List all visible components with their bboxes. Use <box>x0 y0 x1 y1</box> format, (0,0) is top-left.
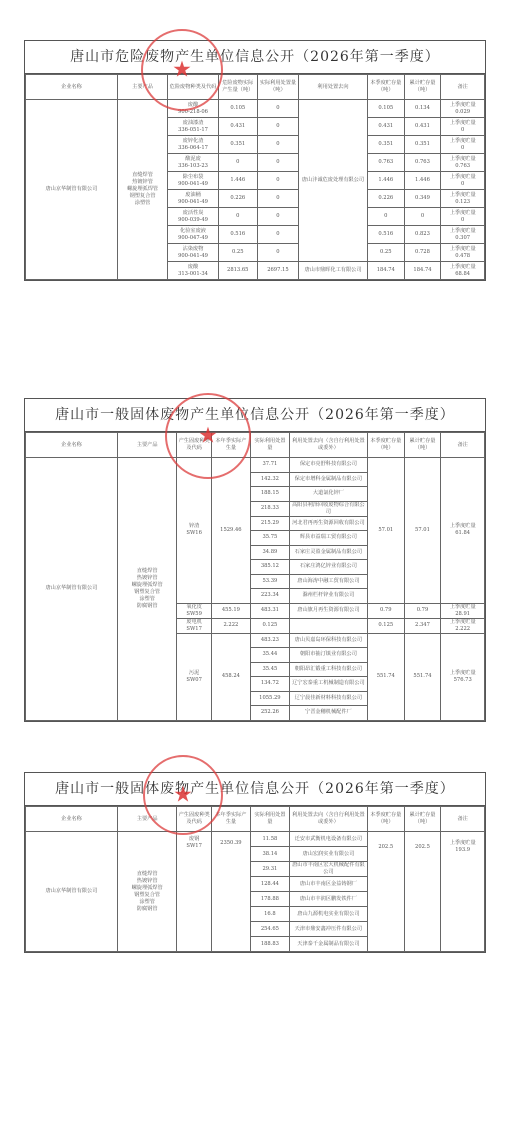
produced-amount: 0 <box>218 208 257 226</box>
column-header: 本年季实际产生量 <box>211 433 250 458</box>
company-name: 唐山京华制管有限公司 <box>26 458 118 721</box>
disposed-amount: 38.14 <box>250 847 289 862</box>
column-header: 主要产品 <box>117 75 167 100</box>
remark: 上季度贮量576.73 <box>441 633 485 720</box>
disposal-destination: 唐山市丰南区金益铸钢厂 <box>289 877 367 892</box>
waste-type: 废活性炭900-039-49 <box>168 208 218 226</box>
disposed-amount: 0 <box>257 190 298 208</box>
disposal-destination: 宁晋金穗机械配件厂 <box>289 706 367 721</box>
table-row: 唐山京华制管有限公司直缝焊管热镀锌管螺旋埋弧焊管钢塑复合管涂塑管废酸900-21… <box>26 100 485 118</box>
waste-type: 废钢SW17 <box>177 832 211 952</box>
cumulative-stored: 1.446 <box>404 172 441 190</box>
disposal-destination: 滁州栏杆锌业有限公司 <box>289 589 367 604</box>
disposal-destination: 辽宁宏泰重工机械制造有限公司 <box>289 677 367 692</box>
disposed-amount: 0 <box>257 154 298 172</box>
column-header: 本年季实际产生量 <box>211 807 250 832</box>
quarter-stored: 0.105 <box>367 100 404 118</box>
table-row: 唐山京华制管有限公司直缝焊管热镀锌管螺旋埋弧焊管钢塑复合管涂塑管防腐钢管废钢SW… <box>26 832 485 847</box>
cumulative-stored: 0.79 <box>404 603 441 618</box>
disposed-amount: 128.44 <box>250 877 289 892</box>
disposal-destination: 迁安市武衡机电设备有限公司 <box>289 832 367 847</box>
disposed-amount: 252.26 <box>250 706 289 721</box>
quarter-stored: 1.446 <box>367 172 404 190</box>
produced-amount: 0 <box>218 154 257 172</box>
remark: 上季度贮量0 <box>441 172 485 190</box>
column-header: 危险废物实际产生量（吨） <box>218 75 257 100</box>
cumulative-stored: 0 <box>404 208 441 226</box>
disposed-amount: 0 <box>257 226 298 244</box>
column-header: 本季度贮存量（吨） <box>367 433 404 458</box>
cumulative-stored: 0.728 <box>404 244 441 262</box>
sheet-title: 唐山市一般固体废物产生单位信息公开（2026年第一季度） <box>25 773 485 806</box>
waste-type: 废电机SW17 <box>177 618 211 633</box>
disposed-amount: 37.71 <box>250 458 289 473</box>
column-header: 备注 <box>441 807 485 832</box>
remark: 上季度贮量0 <box>441 118 485 136</box>
produced-amount: 2813.65 <box>218 262 257 280</box>
disposed-amount: 0 <box>257 244 298 262</box>
column-header: 累计贮存量（吨） <box>404 807 441 832</box>
cumulative-stored: 0.431 <box>404 118 441 136</box>
table-header-row: 企业名称主要产品产生固废种类及代码本年季实际产生量实际利用处置量利用处置去向（含… <box>26 433 485 458</box>
column-header: 企业名称 <box>26 807 118 832</box>
produced-amount: 458.24 <box>211 633 250 720</box>
solid-waste-sheet-1: 唐山市一般固体废物产生单位信息公开（2026年第一季度） 企业名称主要产品产生固… <box>24 398 486 722</box>
quarter-stored: 202.5 <box>367 832 404 952</box>
produced-amount: 2350.39 <box>211 832 250 952</box>
main-products: 直缝焊管热镀锌管螺旋埋弧焊管钢塑复合管涂塑管 <box>117 100 167 280</box>
waste-type: 化验室废液900-047-49 <box>168 226 218 244</box>
disposal-destination: 朝阳昂汇锻重工科技有限公司 <box>289 662 367 677</box>
company-name: 唐山京华制管有限公司 <box>26 100 118 280</box>
quarter-stored: 0.351 <box>367 136 404 154</box>
disposed-amount: 223.34 <box>250 589 289 604</box>
quarter-stored: 57.01 <box>367 458 404 604</box>
quarter-stored: 0.226 <box>367 190 404 208</box>
waste-type: 锌渣SW16 <box>177 458 211 604</box>
produced-amount: 0.105 <box>218 100 257 118</box>
company-name: 唐山京华制管有限公司 <box>26 832 118 952</box>
disposed-amount: 0 <box>257 118 298 136</box>
column-header: 利用处置去向（含自行利用处置或委外） <box>289 433 367 458</box>
remark: 上季度贮量0 <box>441 208 485 226</box>
solid-waste-table-2: 企业名称主要产品产生固废种类及代码本年季实际产生量实际利用处置量利用处置去向（含… <box>25 806 485 952</box>
disposal-destination: 天津市鼎安鑫冲压件有限公司 <box>289 922 367 937</box>
produced-amount: 0.25 <box>218 244 257 262</box>
quarter-stored: 0.431 <box>367 118 404 136</box>
waste-type: 废油漆渣336-051-17 <box>168 118 218 136</box>
disposal-destination: 辉县市益瑞工贸有限公司 <box>289 531 367 546</box>
disposal-destination: 唐山九源机电实业有限公司 <box>289 907 367 922</box>
remark: 上季度贮量2.222 <box>441 618 485 633</box>
remark: 上季度贮量0.307 <box>441 226 485 244</box>
waste-type: 废锌化渣336-064-17 <box>168 136 218 154</box>
disposed-amount: 134.72 <box>250 677 289 692</box>
disposal-destination: 石家庄鸿亿锌业有限公司 <box>289 560 367 575</box>
disposed-amount: 29.31 <box>250 862 289 877</box>
sheet-title: 唐山市一般固体废物产生单位信息公开（2026年第一季度） <box>25 399 485 432</box>
cumulative-stored: 0.351 <box>404 136 441 154</box>
produced-amount: 455.19 <box>211 603 250 618</box>
disposed-amount: 2697.15 <box>257 262 298 280</box>
column-header: 利用处置去向（含自行利用处置或委外） <box>289 807 367 832</box>
disposed-amount: 0 <box>257 100 298 118</box>
quarter-stored: 184.74 <box>367 262 404 280</box>
column-header: 备注 <box>441 75 485 100</box>
column-header: 主要产品 <box>117 433 177 458</box>
remark: 上季度贮量0.123 <box>441 190 485 208</box>
disposed-amount: 188.83 <box>250 937 289 952</box>
disposed-amount: 11.58 <box>250 832 289 847</box>
waste-type: 沾染废物900-041-49 <box>168 244 218 262</box>
disposed-amount: 254.65 <box>250 922 289 937</box>
cumulative-stored: 0.349 <box>404 190 441 208</box>
disposal-destination: 石家庄灵盈金属制品有限公司 <box>289 545 367 560</box>
table-header-row: 企业名称主要产品危险废物种类及代码危险废物实际产生量（吨）实际利用处置量（吨）利… <box>26 75 485 100</box>
quarter-stored: 0.516 <box>367 226 404 244</box>
disposal-destination <box>289 618 367 633</box>
solid-waste-sheet-2: 唐山市一般固体废物产生单位信息公开（2026年第一季度） 企业名称主要产品产生固… <box>24 772 486 953</box>
main-products: 直缝焊管热镀锌管螺旋埋弧焊管钢塑复合管涂塑管防腐钢管 <box>117 458 177 721</box>
disposed-amount: 0.125 <box>250 618 289 633</box>
disposed-amount: 34.89 <box>250 545 289 560</box>
produced-amount: 2.222 <box>211 618 250 633</box>
produced-amount: 0.431 <box>218 118 257 136</box>
remark: 上季度贮量0 <box>441 136 485 154</box>
quarter-stored: 0 <box>367 208 404 226</box>
waste-type: 废酸313-001-34 <box>168 262 218 280</box>
disposed-amount: 0 <box>257 208 298 226</box>
disposal-destination: 大道氯化锌厂 <box>289 487 367 502</box>
disposed-amount: 483.31 <box>250 603 289 618</box>
cumulative-stored: 2.347 <box>404 618 441 633</box>
cumulative-stored: 57.01 <box>404 458 441 604</box>
column-header: 利用处置去向 <box>299 75 368 100</box>
column-header: 实际利用处置量 <box>250 807 289 832</box>
produced-amount: 1529.46 <box>211 458 250 604</box>
disposed-amount: 53.39 <box>250 574 289 589</box>
cumulative-stored: 0.823 <box>404 226 441 244</box>
waste-type: 除尘布袋900-041-49 <box>168 172 218 190</box>
remark: 上季度贮量0.029 <box>441 100 485 118</box>
column-header: 企业名称 <box>26 75 118 100</box>
disposal-destination: 辽宁晨佳新材料科技有限公司 <box>289 691 367 706</box>
waste-type: 酸泥废336-103-23 <box>168 154 218 172</box>
disposed-amount: 385.12 <box>250 560 289 575</box>
disposal-destination: 唐山市丰润区鹏发铁件厂 <box>289 892 367 907</box>
disposal-destination: 天津泰千金属制品有限公司 <box>289 937 367 952</box>
produced-amount: 0.516 <box>218 226 257 244</box>
quarter-stored: 0.79 <box>367 603 404 618</box>
disposed-amount: 215.29 <box>250 516 289 531</box>
quarter-stored: 551.74 <box>367 633 404 720</box>
disposal-destination: 保定市增科金属制品有限公司 <box>289 472 367 487</box>
solid-waste-table-1: 企业名称主要产品产生固废种类及代码本年季实际产生量实际利用处置量利用处置去向（含… <box>25 432 485 721</box>
disposed-amount: 483.23 <box>250 633 289 648</box>
disposed-amount: 35.45 <box>250 662 289 677</box>
column-header: 主要产品 <box>117 807 177 832</box>
column-header: 累计贮存量（吨） <box>404 75 441 100</box>
hazardous-waste-sheet: 唐山市危险废物产生单位信息公开（2026年第一季度） 企业名称主要产品危险废物种… <box>24 40 486 281</box>
remark: 上季度贮量68.84 <box>441 262 485 280</box>
waste-type: 废酸900-218-06 <box>168 100 218 118</box>
disposed-amount: 35.75 <box>250 531 289 546</box>
remark: 上季度贮量0.478 <box>441 244 485 262</box>
waste-type: 污泥SW07 <box>177 633 211 720</box>
cumulative-stored: 184.74 <box>404 262 441 280</box>
column-header: 实际利用处置量 <box>250 433 289 458</box>
column-header: 产生固废种类及代码 <box>177 807 211 832</box>
table-header-row: 企业名称主要产品产生固废种类及代码本年季实际产生量实际利用处置量利用处置去向（含… <box>26 807 485 832</box>
disposer: 唐山沣诚危废处理有限公司 <box>299 100 368 262</box>
disposer: 唐山市鼎晖化工有限公司 <box>299 262 368 280</box>
sheet-title: 唐山市危险废物产生单位信息公开（2026年第一季度） <box>25 41 485 74</box>
disposed-amount: 188.15 <box>250 487 289 502</box>
disposal-destination: 高阳县利泽回收废物综合有限公司 <box>289 501 367 516</box>
column-header: 产生固废种类及代码 <box>177 433 211 458</box>
waste-type: 废油桶900-041-49 <box>168 190 218 208</box>
disposal-destination: 河北君再再生资源回收有限公司 <box>289 516 367 531</box>
disposal-destination: 保定市亮舒科技有限公司 <box>289 458 367 473</box>
quarter-stored: 0.763 <box>367 154 404 172</box>
disposed-amount: 218.33 <box>250 501 289 516</box>
hazardous-waste-table: 企业名称主要产品危险废物种类及代码危险废物实际产生量（吨）实际利用处置量（吨）利… <box>25 74 485 280</box>
quarter-stored: 0.25 <box>367 244 404 262</box>
column-header: 本季度贮存量（吨） <box>367 807 404 832</box>
produced-amount: 0.351 <box>218 136 257 154</box>
main-products: 直缝焊管热镀锌管螺旋埋弧焊管钢塑复合管涂塑管防腐钢管 <box>117 832 177 952</box>
disposed-amount: 178.88 <box>250 892 289 907</box>
disposed-amount: 0 <box>257 172 298 190</box>
column-header: 实际利用处置量（吨） <box>257 75 298 100</box>
remark: 上季度贮量28.91 <box>441 603 485 618</box>
disposed-amount: 1055.29 <box>250 691 289 706</box>
disposal-destination: 唐山海涛中融工贸有限公司 <box>289 574 367 589</box>
cumulative-stored: 0.763 <box>404 154 441 172</box>
disposed-amount: 35.44 <box>250 648 289 663</box>
remark: 上季度贮量61.84 <box>441 458 485 604</box>
quarter-stored: 0.125 <box>367 618 404 633</box>
disposed-amount: 0 <box>257 136 298 154</box>
disposed-amount: 142.32 <box>250 472 289 487</box>
cumulative-stored: 551.74 <box>404 633 441 720</box>
disposal-destination: 唐山贝嘉岛环保科技有限公司 <box>289 633 367 648</box>
table-row: 唐山京华制管有限公司直缝焊管热镀锌管螺旋埋弧焊管钢塑复合管涂塑管防腐钢管锌渣SW… <box>26 458 485 473</box>
cumulative-stored: 202.5 <box>404 832 441 952</box>
disposal-destination: 唐山旗月再生资源有限公司 <box>289 603 367 618</box>
disposal-destination: 唐山市丰南区宏大机械配件有限公司 <box>289 862 367 877</box>
produced-amount: 0.226 <box>218 190 257 208</box>
disposal-destination: 唐山宏润实业有限公司 <box>289 847 367 862</box>
column-header: 累计贮存量（吨） <box>404 433 441 458</box>
column-header: 本季度贮存量（吨） <box>367 75 404 100</box>
cumulative-stored: 0.134 <box>404 100 441 118</box>
waste-type: 氧化皮SW59 <box>177 603 211 618</box>
produced-amount: 1.446 <box>218 172 257 190</box>
remark: 上季度贮量0.763 <box>441 154 485 172</box>
remark: 上季度贮量193.9 <box>441 832 485 952</box>
column-header: 危险废物种类及代码 <box>168 75 218 100</box>
column-header: 备注 <box>441 433 485 458</box>
column-header: 企业名称 <box>26 433 118 458</box>
disposed-amount: 16.8 <box>250 907 289 922</box>
disposal-destination: 朝阳市抽汀镇业有限公司 <box>289 648 367 663</box>
